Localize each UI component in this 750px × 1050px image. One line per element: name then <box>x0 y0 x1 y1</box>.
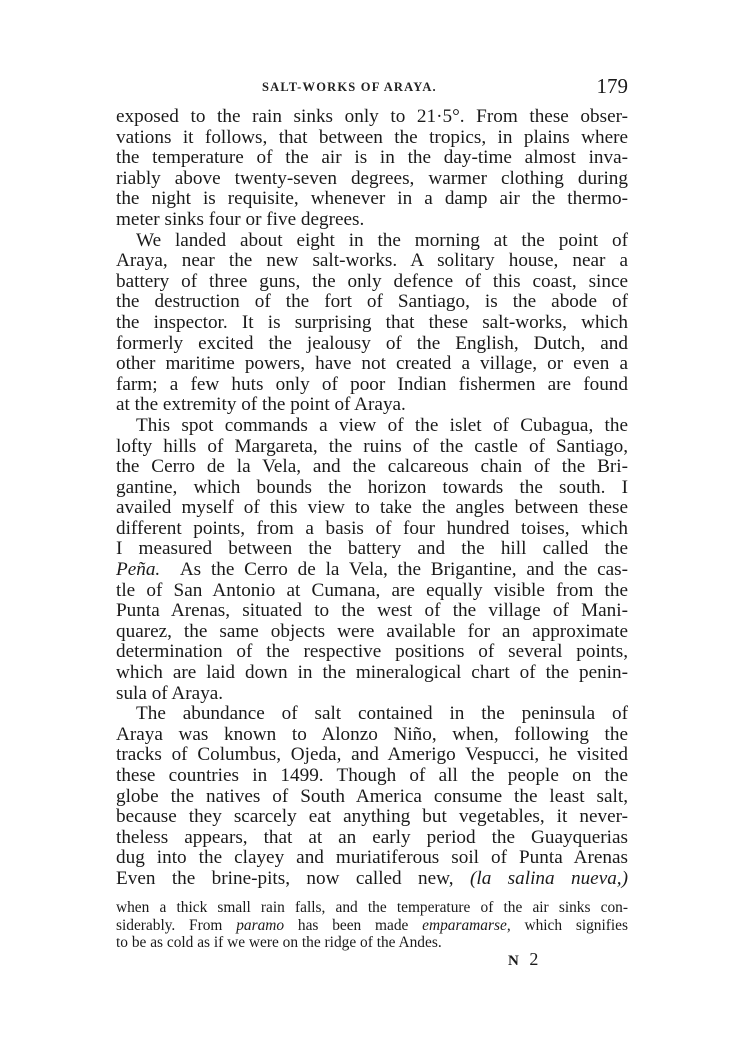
body-line: farm; a few huts only of poor Indian fis… <box>116 375 628 396</box>
body-line: exposed to the rain sinks only to 21·5°.… <box>116 107 628 128</box>
body-text: exposed to the rain sinks only to 21·5°.… <box>116 107 628 890</box>
body-line: Even the brine-pits, now called new, (la… <box>116 869 628 890</box>
body-line: Punta Arenas, situated to the west of th… <box>116 601 628 622</box>
body-line: availed myself of this view to take the … <box>116 498 628 519</box>
body-line: This spot commands a view of the islet o… <box>116 416 628 437</box>
body-line: the temperature of the air is in the day… <box>116 148 628 169</box>
body-line: because they scarcely eat anything but v… <box>116 807 628 828</box>
italic-term: (la salina nueva,) <box>470 868 628 889</box>
body-line: Araya, near the new salt-works. A solita… <box>116 251 628 272</box>
signature-letter: N <box>508 953 522 969</box>
body-line: the Cerro de la Vela, and the calcareous… <box>116 457 628 478</box>
body-line: other maritime powers, have not created … <box>116 354 628 375</box>
body-line: the destruction of the fort of Santiago,… <box>116 292 628 313</box>
body-line: We landed about eight in the morning at … <box>116 231 628 252</box>
body-line: meter sinks four or five degrees. <box>116 210 628 231</box>
body-line: the night is requisite, whenever in a da… <box>116 189 628 210</box>
footnote-line: to be as cold as if we were on the ridge… <box>116 934 628 952</box>
body-line: lofty hills of Margareta, the ruins of t… <box>116 437 628 458</box>
signature-number: 2 <box>529 949 541 969</box>
body-line: at the extremity of the point of Araya. <box>116 395 628 416</box>
body-line: I measured between the battery and the h… <box>116 539 628 560</box>
body-line: globe the natives of South America consu… <box>116 787 628 808</box>
body-line: different points, from a basis of four h… <box>116 519 628 540</box>
body-line: Peña. As the Cerro de la Vela, the Briga… <box>116 560 628 581</box>
body-line: the inspector. It is surprising that the… <box>116 313 628 334</box>
term-paramo: paramo <box>236 917 284 934</box>
running-title: SALT-WORKS OF ARAYA. <box>262 80 437 95</box>
body-line: vations it follows, that between the tro… <box>116 128 628 149</box>
signature-mark: N 2 <box>508 949 541 970</box>
body-line: Araya was known to Alonzo Niño, when, fo… <box>116 725 628 746</box>
body-line: which are laid down in the mineralogical… <box>116 663 628 684</box>
body-line: battery of three guns, the only defence … <box>116 272 628 293</box>
body-line: The abundance of salt contained in the p… <box>116 704 628 725</box>
page-number: 179 <box>597 74 629 99</box>
body-line: tle of San Antonio at Cumana, are equall… <box>116 581 628 602</box>
body-line: dug into the clayey and muriatiferous so… <box>116 848 628 869</box>
book-page: SALT-WORKS OF ARAYA. 179 exposed to the … <box>0 0 750 1050</box>
footnote-line: siderably. From paramo has been made emp… <box>116 917 628 935</box>
body-line: these countries in 1499. Though of all t… <box>116 766 628 787</box>
italic-term: Peña. <box>116 559 160 580</box>
running-head: SALT-WORKS OF ARAYA. 179 <box>116 74 628 100</box>
body-line: formerly excited the jealousy of the Eng… <box>116 334 628 355</box>
body-line: theless appears, that at an early period… <box>116 828 628 849</box>
body-line: gantine, which bounds the horizon toward… <box>116 478 628 499</box>
body-line: determination of the respective position… <box>116 642 628 663</box>
body-line: tracks of Columbus, Ojeda, and Amerigo V… <box>116 745 628 766</box>
footnote-line: when a thick small rain falls, and the t… <box>116 899 628 917</box>
body-line: sula of Araya. <box>116 684 628 705</box>
footnote: when a thick small rain falls, and the t… <box>116 899 628 952</box>
body-line: quarez, the same objects were available … <box>116 622 628 643</box>
term-emparamarse: emparamarse <box>422 917 507 934</box>
body-line: riably above twenty-seven degrees, warme… <box>116 169 628 190</box>
